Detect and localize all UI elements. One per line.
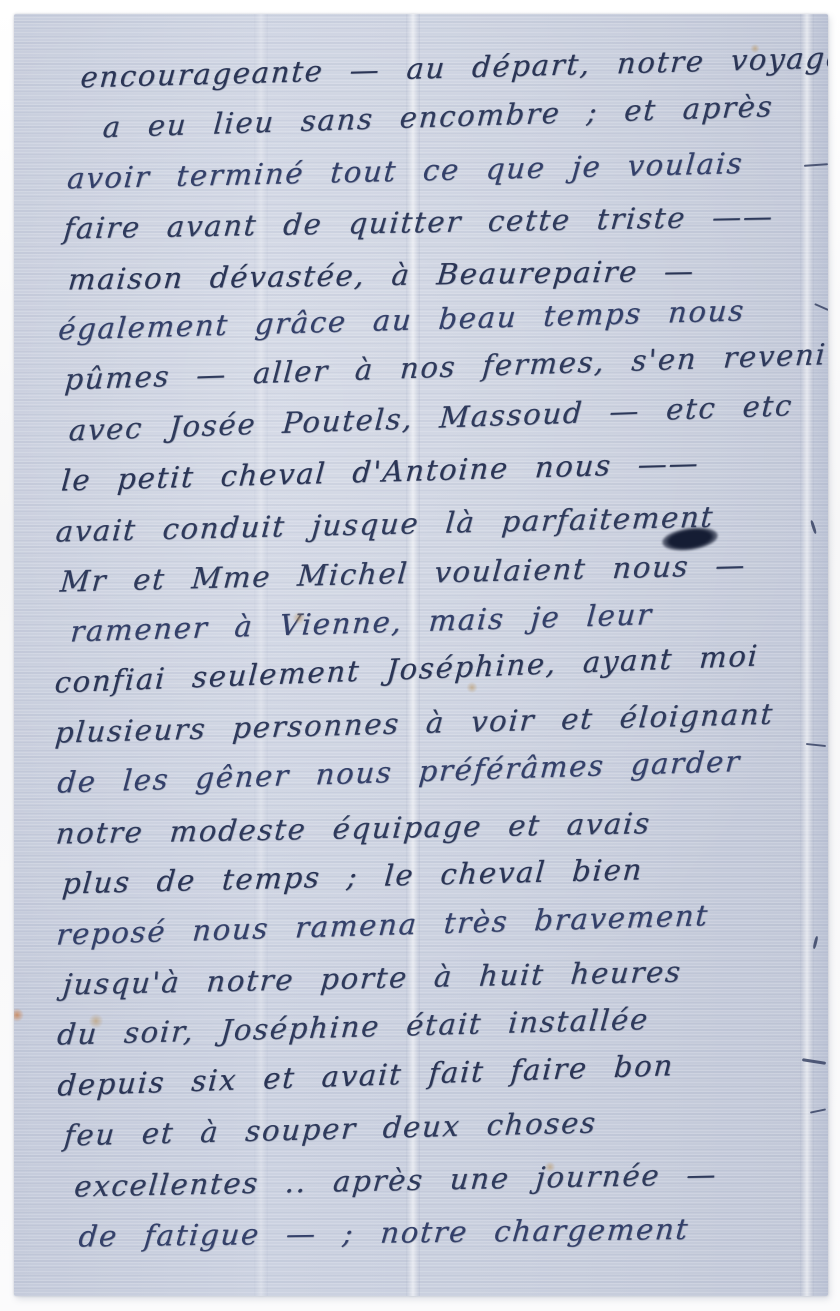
script-line: de fatigue — ; notre chargement	[76, 1210, 821, 1269]
stray-ink-mark	[814, 303, 828, 311]
letter-body: encourageante — au départ, notre voyagea…	[36, 55, 818, 1270]
scan-background: encourageante — au départ, notre voyagea…	[0, 0, 840, 1311]
foxing-spot	[14, 1008, 24, 1022]
stray-ink-mark	[804, 163, 828, 167]
manuscript-page: encourageante — au départ, notre voyagea…	[14, 14, 828, 1296]
